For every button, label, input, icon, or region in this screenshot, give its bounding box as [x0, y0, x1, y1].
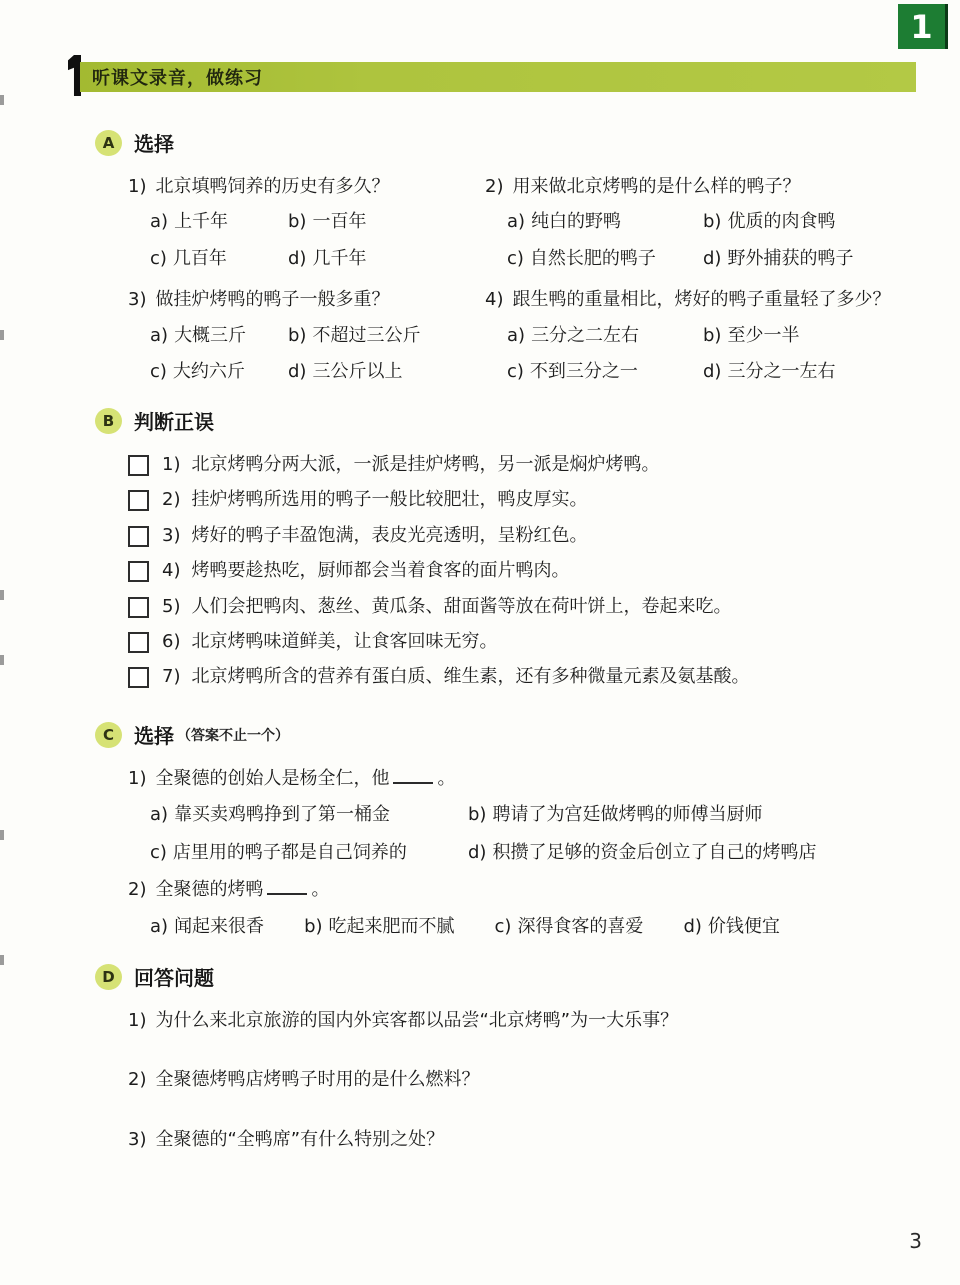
option-c[interactable]: c)大约六斤	[150, 361, 288, 384]
question-number: 4)	[485, 288, 503, 311]
answer-checkbox[interactable]	[128, 561, 149, 582]
question-number: 3)	[128, 1128, 146, 1151]
question-c2: 2) 全聚德的烤鸭。 a)闻起来很香 b)吃起来肥而不腻 c)深得食客的喜爱 d…	[128, 878, 940, 938]
option-c[interactable]: c)几百年	[150, 248, 288, 271]
option-letter: a)	[150, 916, 168, 939]
open-question: 1) 为什么来北京旅游的国内外宾客都以品尝“北京烤鸭”为一大乐事？	[128, 1009, 930, 1032]
binding-mark	[0, 95, 4, 105]
option-text: 积攒了足够的资金后创立了自己的烤鸭店	[492, 842, 816, 865]
option-d[interactable]: d)积攒了足够的资金后创立了自己的烤鸭店	[468, 842, 940, 865]
option-text: 闻起来很香	[174, 916, 264, 939]
binding-mark	[0, 655, 4, 665]
section-b: B 判断正误 1) 北京烤鸭分两大派，一派是挂炉烤鸭，另一派是焖炉烤鸭。 2) …	[0, 406, 960, 701]
option-text: 上千年	[174, 211, 228, 234]
option-letter: a)	[150, 325, 168, 348]
item-number: 7)	[162, 665, 180, 688]
option-text: 野外捕获的鸭子	[727, 248, 853, 271]
item-text: 烤鸭要趁热吃，厨师都会当着食客的面片鸭肉。	[191, 559, 569, 582]
option-text: 三分之二左右	[531, 325, 639, 348]
item-text: 人们会把鸭肉、葱丝、黄瓜条、甜面酱等放在荷叶饼上，卷起来吃。	[191, 595, 731, 618]
true-false-item: 5) 人们会把鸭肉、葱丝、黄瓜条、甜面酱等放在荷叶饼上，卷起来吃。	[128, 595, 930, 618]
option-letter: c)	[495, 916, 512, 939]
question-number: 2)	[128, 1068, 146, 1091]
option-letter: c)	[150, 842, 167, 865]
option-letter: d)	[288, 248, 306, 271]
option-text: 大概三斤	[174, 325, 246, 348]
answer-blank[interactable]	[267, 879, 307, 895]
question-text: 跟生鸭的重量相比，烤好的鸭子重量轻了多少？	[512, 288, 890, 311]
question-text: 为什么来北京旅游的国内外宾客都以品尝“北京烤鸭”为一大乐事？	[155, 1009, 678, 1032]
question-suffix: 。	[311, 879, 329, 900]
true-false-item: 6) 北京烤鸭味道鲜美，让食客回味无穷。	[128, 630, 930, 653]
section-b-header: B 判断正误	[95, 406, 960, 435]
option-text: 至少一半	[727, 325, 799, 348]
true-false-item: 4) 烤鸭要趁热吃，厨师都会当着食客的面片鸭肉。	[128, 559, 930, 582]
option-c[interactable]: c)不到三分之一	[507, 361, 703, 384]
question-c1: 1) 全聚德的创始人是杨全仁，他。 a)靠买卖鸡鸭挣到了第一桶金 b)聘请了为宫…	[128, 767, 940, 864]
item-text: 挂炉烤鸭所选用的鸭子一般比较肥壮，鸭皮厚实。	[191, 488, 587, 511]
question-text: 全聚德烤鸭店烤鸭子时用的是什么燃料？	[155, 1068, 479, 1091]
section-a-header: A 选择	[95, 128, 960, 157]
option-b[interactable]: b)不超过三公斤	[288, 325, 485, 348]
option-d[interactable]: d)几千年	[288, 248, 485, 271]
section-d: D 回答问题 1) 为什么来北京旅游的国内外宾客都以品尝“北京烤鸭”为一大乐事？…	[0, 962, 960, 1187]
option-text: 几百年	[173, 248, 227, 271]
question-a3: 3) 做挂炉烤鸭的鸭子一般多重？ a)大概三斤 b)不超过三公斤 c)大约六斤 …	[128, 288, 485, 383]
item-number: 5)	[162, 595, 180, 618]
question-text: 全聚德的烤鸭。	[155, 878, 329, 901]
option-a[interactable]: a)靠买卖鸡鸭挣到了第一桶金	[150, 804, 468, 827]
answer-checkbox[interactable]	[128, 490, 149, 511]
option-d[interactable]: d)野外捕获的鸭子	[703, 248, 930, 271]
option-text: 三分之一左右	[727, 361, 835, 384]
question-suffix: 。	[437, 768, 455, 789]
section-c-subtitle: （答案不止一个）	[177, 725, 289, 745]
open-question: 3) 全聚德的“全鸭席”有什么特别之处？	[128, 1128, 930, 1151]
question-number: 1)	[128, 767, 146, 790]
item-text: 北京烤鸭所含的营养有蛋白质、维生素，还有多种微量元素及氨基酸。	[191, 665, 749, 688]
option-text: 不到三分之一	[530, 361, 638, 384]
unit-number-badge: 1	[898, 4, 948, 49]
option-letter: a)	[150, 211, 168, 234]
item-number: 4)	[162, 559, 180, 582]
option-text: 聘请了为宫廷做烤鸭的师傅当厨师	[492, 804, 762, 827]
option-letter: c)	[507, 248, 524, 271]
option-text: 三公斤以上	[312, 361, 402, 384]
section-c-badge: C	[95, 722, 122, 748]
question-a1: 1) 北京填鸭饲养的历史有多久？ a)上千年 b)一百年 c)几百年 d)几千年	[128, 175, 485, 270]
option-text: 深得食客的喜爱	[517, 916, 643, 939]
option-letter: b)	[288, 211, 306, 234]
option-letter: c)	[150, 361, 167, 384]
true-false-item: 2) 挂炉烤鸭所选用的鸭子一般比较肥壮，鸭皮厚实。	[128, 488, 930, 511]
section-d-badge: D	[95, 964, 122, 990]
binding-mark	[0, 590, 4, 600]
section-d-header: D 回答问题	[95, 962, 960, 991]
option-d[interactable]: d)三公斤以上	[288, 361, 485, 384]
question-text: 用来做北京烤鸭的是什么样的鸭子？	[512, 175, 800, 198]
worksheet-page: 1 听课文录音，做练习 A 选择 1) 北京填鸭饲养的历史有多久？ a)上千年 …	[0, 0, 960, 1285]
option-text: 靠买卖鸡鸭挣到了第一桶金	[174, 804, 390, 827]
option-a[interactable]: a)纯白的野鸭	[507, 211, 703, 234]
question-number: 2)	[128, 878, 146, 901]
item-text: 烤好的鸭子丰盈饱满，表皮光亮透明，呈粉红色。	[191, 524, 587, 547]
option-a[interactable]: a)闻起来很香	[150, 916, 264, 939]
question-text-body: 全聚德的烤鸭	[155, 879, 263, 900]
option-text: 一百年	[312, 211, 366, 234]
option-text: 大约六斤	[173, 361, 245, 384]
option-letter: d)	[703, 361, 721, 384]
answer-checkbox[interactable]	[128, 455, 149, 476]
question-text: 做挂炉烤鸭的鸭子一般多重？	[155, 288, 389, 311]
section-a-title: 选择	[134, 128, 174, 157]
page-number: 3	[909, 1229, 922, 1253]
option-letter: d)	[683, 916, 701, 939]
item-number: 1)	[162, 453, 180, 476]
question-a2: 2) 用来做北京烤鸭的是什么样的鸭子？ a)纯白的野鸭 b)优质的肉食鸭 c)自…	[485, 175, 930, 270]
option-a[interactable]: a)大概三斤	[150, 325, 288, 348]
option-a[interactable]: a)三分之二左右	[507, 325, 703, 348]
option-d[interactable]: d)价钱便宜	[683, 916, 779, 939]
option-b[interactable]: b)一百年	[288, 211, 485, 234]
option-text: 自然长肥的鸭子	[530, 248, 656, 271]
option-letter: b)	[703, 211, 721, 234]
answer-checkbox[interactable]	[128, 526, 149, 547]
question-number: 1)	[128, 1009, 146, 1032]
binding-mark	[0, 330, 4, 340]
question-number: 2)	[485, 175, 503, 198]
option-text: 优质的肉食鸭	[727, 211, 835, 234]
option-text: 不超过三公斤	[312, 325, 420, 348]
binding-mark	[0, 830, 4, 840]
option-b[interactable]: b)吃起来肥而不腻	[304, 916, 454, 939]
answer-checkbox[interactable]	[128, 632, 149, 653]
answer-blank[interactable]	[393, 768, 433, 784]
option-d[interactable]: d)三分之一左右	[703, 361, 930, 384]
option-b[interactable]: b)优质的肉食鸭	[703, 211, 930, 234]
option-letter: d)	[468, 842, 486, 865]
question-text: 北京填鸭饲养的历史有多久？	[155, 175, 389, 198]
option-letter: b)	[304, 916, 322, 939]
option-letter: d)	[703, 248, 721, 271]
section-c-title: 选择	[134, 720, 174, 749]
question-number: 3)	[128, 288, 146, 311]
item-text: 北京烤鸭分两大派，一派是挂炉烤鸭，另一派是焖炉烤鸭。	[191, 453, 659, 476]
option-text: 吃起来肥而不腻	[329, 916, 455, 939]
question-text-body: 全聚德的创始人是杨全仁，他	[155, 768, 389, 789]
item-text: 北京烤鸭味道鲜美，让食客回味无穷。	[191, 630, 497, 653]
answer-checkbox[interactable]	[128, 667, 149, 688]
true-false-item: 3) 烤好的鸭子丰盈饱满，表皮光亮透明，呈粉红色。	[128, 524, 930, 547]
banner-title: 听课文录音，做练习	[92, 64, 263, 90]
answer-checkbox[interactable]	[128, 597, 149, 618]
option-a[interactable]: a)上千年	[150, 211, 288, 234]
binding-mark	[0, 955, 4, 965]
section-b-badge: B	[95, 408, 122, 434]
open-question: 2) 全聚德烤鸭店烤鸭子时用的是什么燃料？	[128, 1068, 930, 1091]
option-b[interactable]: b)至少一半	[703, 325, 930, 348]
section-a: A 选择 1) 北京填鸭饲养的历史有多久？ a)上千年 b)一百年 c)几百年 …	[0, 128, 960, 402]
option-text: 纯白的野鸭	[531, 211, 621, 234]
option-text: 价钱便宜	[708, 916, 780, 939]
section-b-title: 判断正误	[134, 406, 214, 435]
option-b[interactable]: b)聘请了为宫廷做烤鸭的师傅当厨师	[468, 804, 940, 827]
option-c[interactable]: c)店里用的鸭子都是自己饲养的	[150, 842, 468, 865]
true-false-item: 1) 北京烤鸭分两大派，一派是挂炉烤鸭，另一派是焖炉烤鸭。	[128, 453, 930, 476]
option-letter: c)	[507, 361, 524, 384]
item-number: 2)	[162, 488, 180, 511]
question-a4: 4) 跟生鸭的重量相比，烤好的鸭子重量轻了多少？ a)三分之二左右 b)至少一半…	[485, 288, 930, 383]
option-letter: b)	[468, 804, 486, 827]
option-c[interactable]: c)自然长肥的鸭子	[507, 248, 703, 271]
item-number: 6)	[162, 630, 180, 653]
option-letter: a)	[150, 804, 168, 827]
option-letter: d)	[288, 361, 306, 384]
banner-bar: 听课文录音，做练习	[80, 62, 916, 92]
option-c[interactable]: c)深得食客的喜爱	[495, 916, 644, 939]
header-banner: 听课文录音，做练习	[68, 55, 916, 97]
option-letter: a)	[507, 211, 525, 234]
section-c-header: C 选择 （答案不止一个）	[95, 720, 960, 749]
question-number: 1)	[128, 175, 146, 198]
section-d-title: 回答问题	[134, 962, 214, 991]
question-text: 全聚德的创始人是杨全仁，他。	[155, 767, 455, 790]
item-number: 3)	[162, 524, 180, 547]
question-text: 全聚德的“全鸭席”有什么特别之处？	[155, 1128, 444, 1151]
option-text: 店里用的鸭子都是自己饲养的	[173, 842, 407, 865]
section-a-badge: A	[95, 130, 122, 156]
option-letter: c)	[150, 248, 167, 271]
option-letter: b)	[288, 325, 306, 348]
true-false-item: 7) 北京烤鸭所含的营养有蛋白质、维生素，还有多种微量元素及氨基酸。	[128, 665, 930, 688]
section-c: C 选择 （答案不止一个） 1) 全聚德的创始人是杨全仁，他。 a)靠买卖鸡鸭挣…	[0, 720, 960, 952]
option-letter: b)	[703, 325, 721, 348]
option-text: 几千年	[312, 248, 366, 271]
option-letter: a)	[507, 325, 525, 348]
